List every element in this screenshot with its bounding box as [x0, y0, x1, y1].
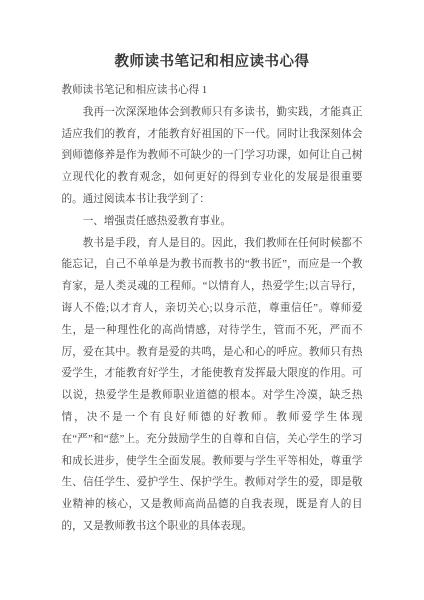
document-page: 教师读书笔记和相应读书心得 教师读书笔记和相应读书心得 1 我再一次深深地体会到…: [0, 0, 424, 600]
paragraph-intro: 我再一次深深地体会到教师只有多读书，勤实践，才能真正适应我们的教育，才能教育好祖…: [62, 102, 363, 211]
document-title: 教师读书笔记和相应读书心得: [0, 0, 424, 72]
section-heading: 教师读书笔记和相应读书心得 1: [62, 80, 363, 102]
paragraph-point-one-body: 教书是手段，育人是目的。因此，我们教师在任何时候都不能忘记，自己不单单是为教书而…: [62, 233, 363, 538]
paragraph-point-one-heading: 一、增强责任感热爱教育事业。: [62, 211, 363, 233]
document-body: 教师读书笔记和相应读书心得 1 我再一次深深地体会到教师只有多读书，勤实践，才能…: [62, 80, 363, 538]
